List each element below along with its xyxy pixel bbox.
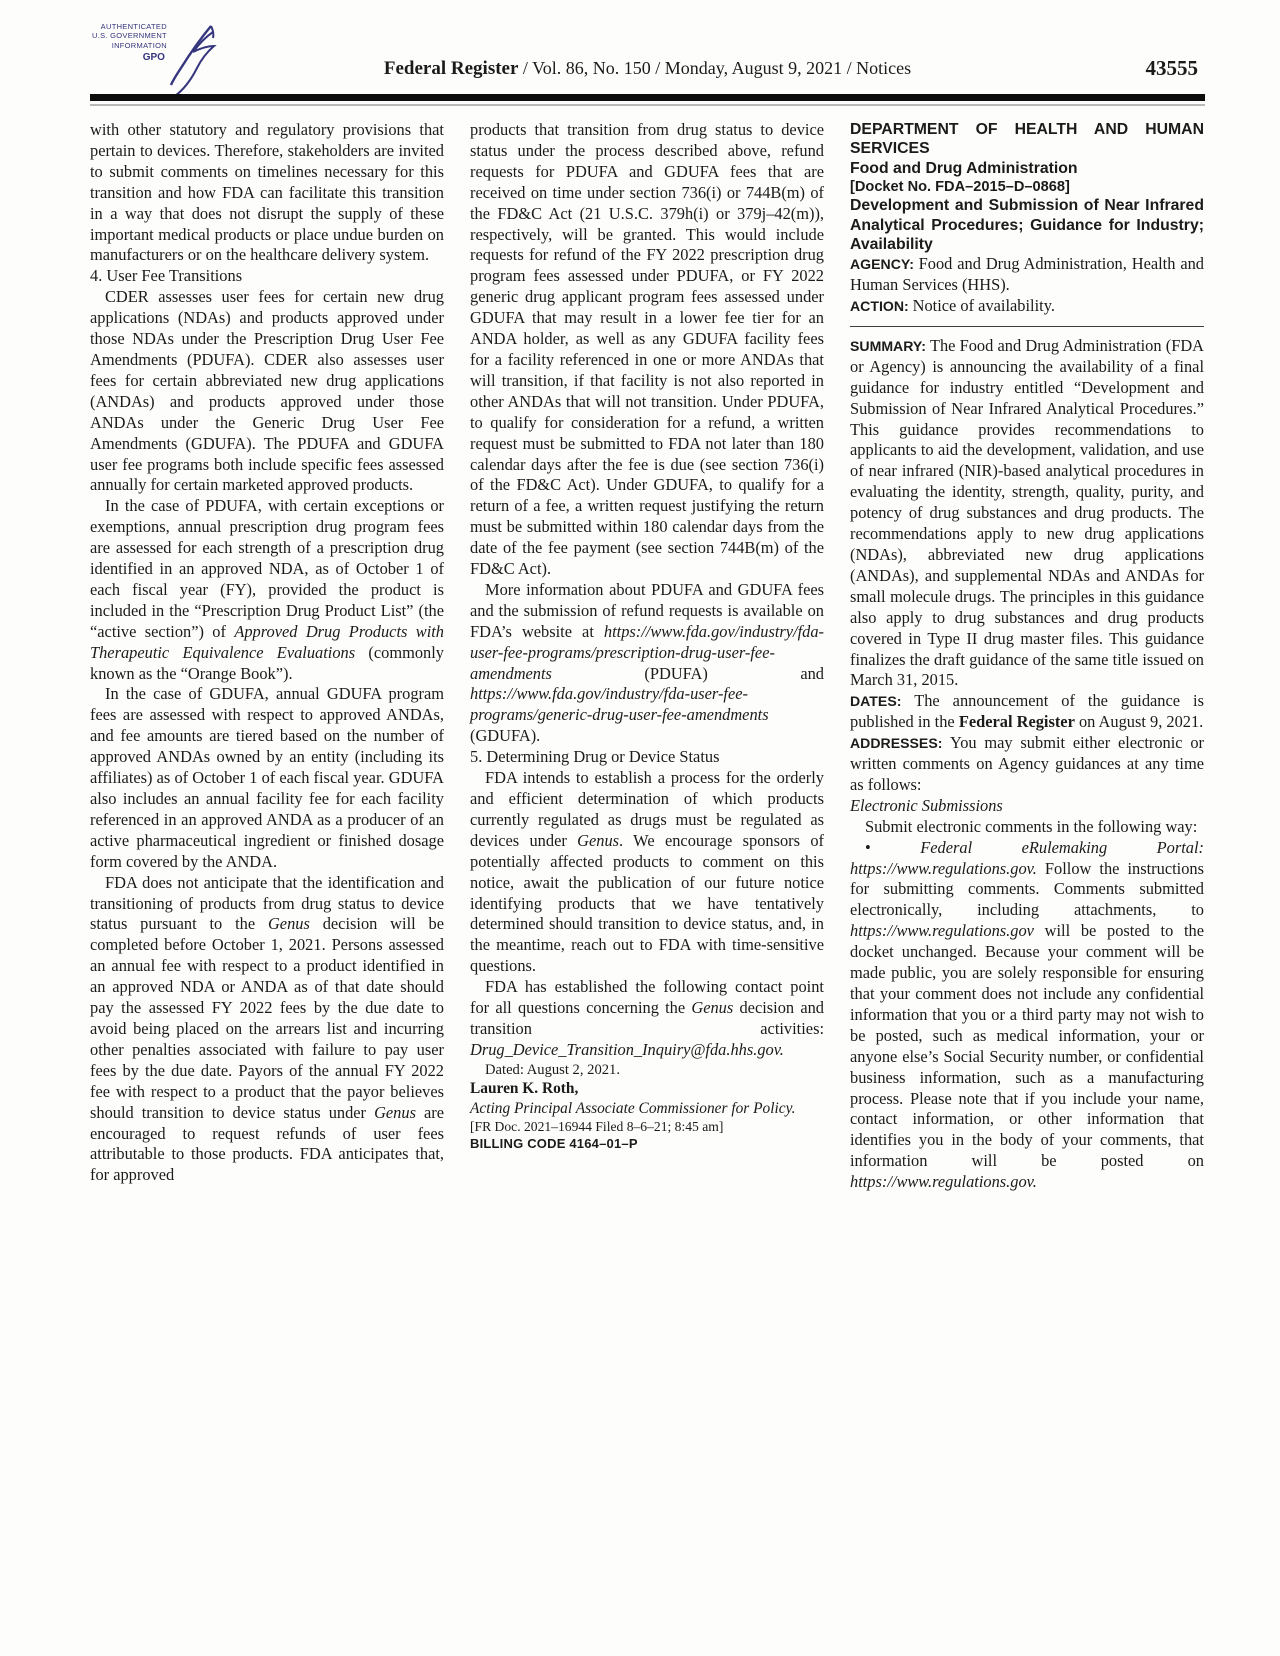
para-genus-transition: FDA does not anticipate that the identif… xyxy=(90,873,444,1187)
electronic-submissions-heading: Electronic Submissions xyxy=(850,796,1204,817)
docket-number: [Docket No. FDA–2015–D–0868] xyxy=(850,178,1204,197)
signer-name: Lauren K. Roth, xyxy=(470,1079,824,1099)
column-3: DEPARTMENT OF HEALTH AND HUMAN SERVICES … xyxy=(850,120,1204,1650)
para-cder-fees: CDER assesses user fees for certain new … xyxy=(90,287,444,496)
agency-heading: Food and Drug Administration xyxy=(850,159,1204,178)
header-rule-thin xyxy=(90,104,1205,106)
dated-line: Dated: August 2, 2021. xyxy=(470,1061,824,1080)
para-refund-requests: products that transition from drug statu… xyxy=(470,120,824,580)
column-1: with other statutory and regulatory prov… xyxy=(90,120,444,1650)
header-rule-thick xyxy=(90,94,1205,101)
signer-title: Acting Principal Associate Commissioner … xyxy=(470,1099,824,1118)
document-title: Development and Submission of Near Infra… xyxy=(850,196,1204,254)
gpo-text-line2: U.S. GOVERNMENT xyxy=(92,31,167,40)
section-heading-determining-status: 5. Determining Drug or Device Status xyxy=(470,747,824,768)
gpo-text-line3: INFORMATION xyxy=(92,41,167,50)
issue-info: / Vol. 86, No. 150 / Monday, August 9, 2… xyxy=(518,58,911,78)
page-number: 43555 xyxy=(1146,56,1199,81)
fr-doc-line: [FR Doc. 2021–16944 Filed 8–6–21; 8:45 a… xyxy=(470,1118,824,1135)
journal-title: Federal Register xyxy=(384,58,519,79)
para-addresses: ADDRESSES: You may submit either electro… xyxy=(850,733,1204,796)
gpo-text-line1: AUTHENTICATED xyxy=(92,22,167,31)
para-process: FDA intends to establish a process for t… xyxy=(470,768,824,977)
running-head: Federal Register / Vol. 86, No. 150 / Mo… xyxy=(90,58,1205,80)
para-transition-intro: with other statutory and regulatory prov… xyxy=(90,120,444,266)
para-pdufa-case: In the case of PDUFA, with certain excep… xyxy=(90,496,444,684)
para-contact-point: FDA has established the following contac… xyxy=(470,977,824,1061)
para-action: ACTION: Notice of availability. xyxy=(850,296,1204,317)
section-heading-user-fee-transitions: 4. User Fee Transitions xyxy=(90,266,444,287)
para-gdufa-case: In the case of GDUFA, annual GDUFA progr… xyxy=(90,684,444,872)
para-submit-electronic: Submit electronic comments in the follow… xyxy=(850,817,1204,838)
summary-divider-rule xyxy=(850,326,1204,327)
column-2: products that transition from drug statu… xyxy=(470,120,824,1650)
billing-code: BILLING CODE 4164–01–P xyxy=(470,1136,824,1153)
department-heading: DEPARTMENT OF HEALTH AND HUMAN SERVICES xyxy=(850,120,1204,159)
para-erulemaking-portal: • Federal eRulemaking Portal: https://ww… xyxy=(850,838,1204,1193)
text-columns: with other statutory and regulatory prov… xyxy=(90,120,1205,1650)
para-dates: DATES: The announcement of the guidance … xyxy=(850,691,1204,733)
para-summary: SUMMARY: The Food and Drug Administratio… xyxy=(850,336,1204,691)
para-more-information: More information about PDUFA and GDUFA f… xyxy=(470,580,824,747)
para-agency: AGENCY: Food and Drug Administration, He… xyxy=(850,254,1204,296)
federal-register-page: AUTHENTICATED U.S. GOVERNMENT INFORMATIO… xyxy=(0,0,1280,1656)
